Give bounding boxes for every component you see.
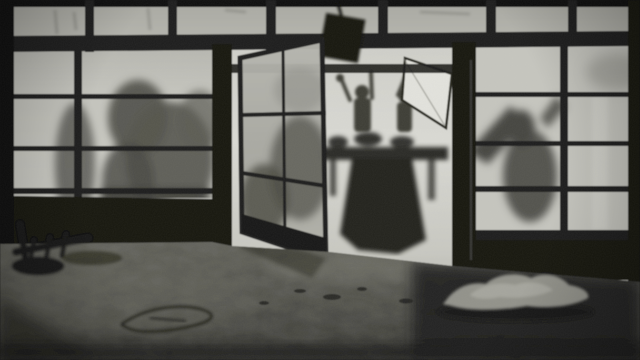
vignette-overlay [0,0,640,360]
scene-canvas [0,0,640,360]
film-still-frame [0,0,640,360]
